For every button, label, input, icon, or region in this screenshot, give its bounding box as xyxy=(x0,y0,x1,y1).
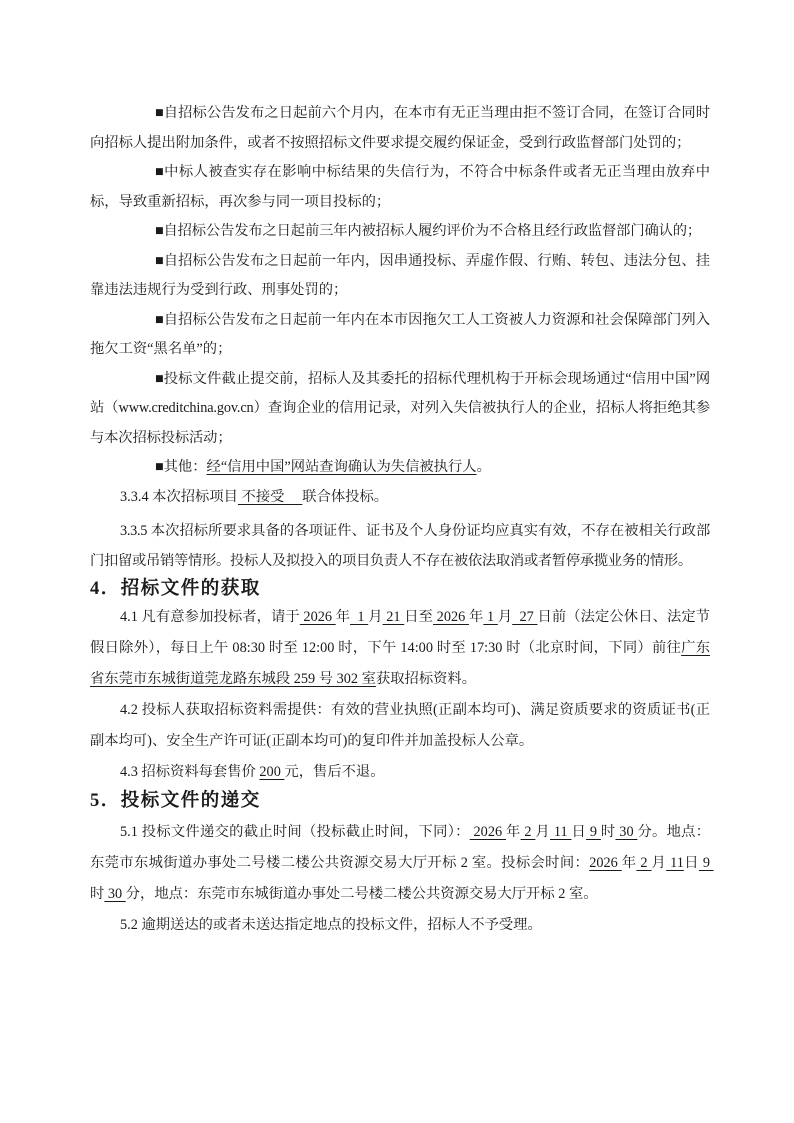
text-segment: ■自招标公告发布之日起前一年内，因串通投标、弄虚作假、行贿、转包、违法分包、挂靠… xyxy=(90,253,710,299)
para-5-1-deadline-and-venue: 5.1 投标文件递交的截止时间（投标截止时间，下同）： 2026 年 2 月 1… xyxy=(90,817,710,910)
para-4-3-document-price: 4.3 招标资料每套售价 200 元，售后不退。 xyxy=(90,757,710,788)
text-segment: 3.3.4 本次招标项目 xyxy=(120,489,238,505)
text-segment: 年 xyxy=(469,609,483,625)
clause-3-3-4-consortium-bidding: 3.3.4 本次招标项目 不接受 联合体投标。 xyxy=(90,483,710,513)
underlined-text: 1 xyxy=(350,609,368,625)
underlined-text: 9 xyxy=(699,855,714,871)
text-segment: 日 xyxy=(684,855,699,871)
text-segment: 年 xyxy=(506,824,521,840)
heading-section-4-obtain-documents: 4．招标文件的获取 xyxy=(90,576,710,602)
clause-three-year-performance-evaluation: ■自招标公告发布之日起前三年内被招标人履约评价为不合格且经行政监督部门确认的； xyxy=(90,217,710,247)
underlined-text: 9 xyxy=(586,824,601,840)
text-segment: 4.2 投标人获取招标资料需提供：有效的营业执照(正副本均可)、满足资质要求的资… xyxy=(90,702,710,749)
clause-3-3-5-certificates-validity: 3.3.5 本次招标所要求具备的各项证件、证书及个人身份证均应真实有效，不存在被… xyxy=(90,517,710,576)
document-page: ■自招标公告发布之日起前六个月内，在本市有无正当理由拒不签订合同，在签订合同时向… xyxy=(0,0,794,1123)
underlined-text: 经“信用中国”网站查询确认为失信被执行人 xyxy=(207,459,477,475)
text-segment: 5.2 逾期送达的或者未送达指定地点的投标文件，招标人不予受理。 xyxy=(120,917,542,933)
text-segment: ■其他： xyxy=(155,459,207,475)
text-segment: 联合体投标。 xyxy=(302,489,388,505)
clause-wage-arrears-blacklist: ■自招标公告发布之日起前一年内在本市因拖欠工人工资被人力资源和社会保障部门列入拖… xyxy=(90,306,710,365)
underlined-text: 2 xyxy=(521,824,536,840)
clause-credit-china-check: ■投标文件截止提交前，招标人及其委托的招标代理机构于开标会现场通过“信用中国”网… xyxy=(90,365,710,454)
text-segment: 日至 xyxy=(404,609,433,625)
text-segment: 月 xyxy=(535,824,550,840)
text-segment: 月 xyxy=(368,609,382,625)
text-segment: 时 xyxy=(90,886,104,902)
underlined-text: 2026 xyxy=(589,855,622,871)
para-4-2-required-materials: 4.2 投标人获取招标资料需提供：有效的营业执照(正副本均可)、满足资质要求的资… xyxy=(90,695,710,757)
text-segment: ■投标文件截止提交前，招标人及其委托的招标代理机构于开标会现场通过“信用中国”网… xyxy=(90,371,710,446)
text-segment: 月 xyxy=(498,609,512,625)
text-segment: 5．投标文件的递交 xyxy=(90,791,261,811)
clause-winner-dishonest-behavior: ■中标人被查实存在影响中标结果的失信行为，不符合中标条件或者无正当理由放弃中标，… xyxy=(90,158,710,217)
text-segment: 获取招标资料。 xyxy=(376,671,476,687)
text-segment: 4.3 招标资料每套售价 xyxy=(120,764,259,780)
text-segment: 月 xyxy=(651,855,666,871)
underlined-text: 200 xyxy=(259,764,284,780)
underlined-text: 不接受 xyxy=(238,489,302,505)
text-segment: 元，售后不退。 xyxy=(284,764,384,780)
text-segment: 3.3.5 本次招标所要求具备的各项证件、证书及个人身份证均应真实有效，不存在被… xyxy=(90,523,710,569)
text-segment: ■中标人被查实存在影响中标结果的失信行为，不符合中标条件或者无正当理由放弃中标，… xyxy=(90,164,710,210)
para-4-1-obtain-time-place: 4.1 凡有意参加投标者，请于 2026 年 1 月 21 日至 2026 年 … xyxy=(90,602,710,695)
text-segment: 。 xyxy=(477,459,491,475)
underlined-text: 2 xyxy=(636,855,651,871)
underlined-text: 11 xyxy=(666,855,684,871)
para-5-2-late-submission: 5.2 逾期送达的或者未送达指定地点的投标文件，招标人不予受理。 xyxy=(90,910,710,941)
clause-refuse-sign-contract: ■自招标公告发布之日起前六个月内，在本市有无正当理由拒不签订合同，在签订合同时向… xyxy=(90,99,710,158)
underlined-text: 30 xyxy=(615,824,637,840)
text-segment: 年 xyxy=(622,855,637,871)
underlined-text: 2026 xyxy=(470,824,506,840)
text-segment: 4．招标文件的获取 xyxy=(90,579,261,599)
underlined-text: 2026 xyxy=(433,609,469,625)
text-segment: 分，地点：东莞市东城街道办事处二号楼二楼公共资源交易大厅开标 2 室。 xyxy=(126,886,598,902)
text-segment: 4.1 凡有意参加投标者，请于 xyxy=(120,609,300,625)
text-segment: 5.1 投标文件递交的截止时间（投标截止时间，下同）： xyxy=(120,824,470,840)
text-segment: 年 xyxy=(336,609,350,625)
clause-one-year-violations: ■自招标公告发布之日起前一年内，因串通投标、弄虚作假、行贿、转包、违法分包、挂靠… xyxy=(90,247,710,306)
underlined-text: 21 xyxy=(383,609,405,625)
text-segment: ■自招标公告发布之日起前一年内在本市因拖欠工人工资被人力资源和社会保障部门列入拖… xyxy=(90,312,710,358)
underlined-text: 27 xyxy=(512,609,537,625)
text-segment: ■自招标公告发布之日起前六个月内，在本市有无正当理由拒不签订合同，在签订合同时向… xyxy=(90,105,710,151)
heading-section-5-submit-documents: 5．投标文件的递交 xyxy=(90,788,710,814)
underlined-text: 2026 xyxy=(300,609,336,625)
text-segment: 时 xyxy=(601,824,616,840)
underlined-text: 30 xyxy=(104,886,125,902)
clause-other-dishonest-executee: ■其他：经“信用中国”网站查询确认为失信被执行人。 xyxy=(90,453,710,483)
underlined-text: 1 xyxy=(483,609,497,625)
text-segment: ■自招标公告发布之日起前三年内被招标人履约评价为不合格且经行政监督部门确认的； xyxy=(155,223,701,239)
underlined-text: 11 xyxy=(550,824,571,840)
text-segment: 日 xyxy=(571,824,586,840)
document-content: ■自招标公告发布之日起前六个月内，在本市有无正当理由拒不签订合同，在签订合同时向… xyxy=(90,99,710,941)
